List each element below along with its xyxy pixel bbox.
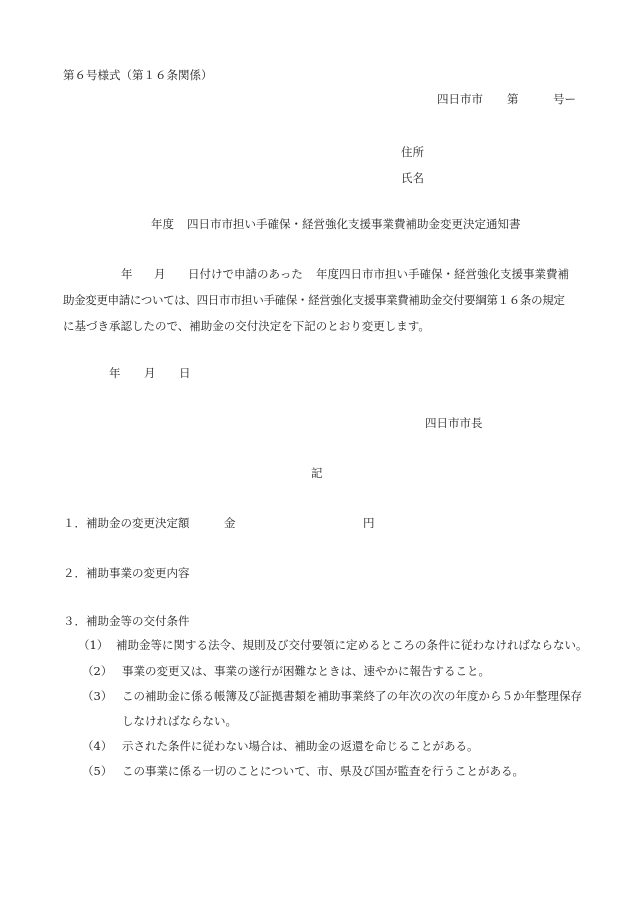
doc-number-go: 号ー bbox=[553, 92, 576, 106]
condition-1-text: 補助金等に関する法令、規則及び交付要領に定めるところの条件に従わなければならない… bbox=[116, 638, 588, 652]
item2-label: ２．補助事業の変更内容 bbox=[63, 566, 190, 580]
date-month: 月 bbox=[144, 366, 156, 380]
page-title: 四日市市担い手確保・経営強化支援事業費補助金変更決定通知書 bbox=[187, 217, 521, 231]
condition-3-number: （3） bbox=[82, 689, 112, 703]
body-line1-rest: 年度四日市市担い手確保・経営強化支援事業費補 bbox=[316, 267, 569, 281]
body-line3: に基づき承認したので、補助金の交付決定を下記のとおり変更します。 bbox=[63, 319, 430, 333]
condition-2-number: （2） bbox=[82, 664, 112, 678]
condition-5-text: この事業に係る一切のことについて、市、県及び国が監査を行うことがある。 bbox=[122, 764, 524, 778]
body-line1-year: 年 bbox=[121, 267, 133, 281]
doc-number-dai: 第 bbox=[507, 92, 519, 106]
item1-kin: 金 bbox=[224, 516, 236, 530]
mayor-signature: 四日市市長 bbox=[425, 416, 483, 430]
body-line1-month: 月 bbox=[154, 267, 166, 281]
condition-1-number: （1） bbox=[78, 638, 108, 652]
form-number: 第６号様式（第１６条関係） bbox=[63, 68, 213, 82]
body-line1-day-text: 日付けで申請のあった bbox=[188, 267, 303, 281]
item3-label: ３．補助金等の交付条件 bbox=[63, 614, 190, 628]
doc-number-city: 四日市市 bbox=[437, 92, 483, 106]
item1-label: １．補助金の変更決定額 bbox=[63, 516, 190, 530]
condition-3-text: この補助金に係る帳簿及び証拠書類を補助事業終了の年次の次の年度から５か年整理保存 bbox=[122, 689, 582, 703]
address-label: 住所 bbox=[401, 145, 424, 159]
condition-3-continuation: しなければならない。 bbox=[122, 714, 237, 728]
condition-5-number: （5） bbox=[82, 764, 112, 778]
condition-2-text: 事業の変更又は、事業の遂行が困難なときは、速やかに報告すること。 bbox=[122, 664, 490, 678]
date-year: 年 bbox=[109, 366, 121, 380]
name-label: 氏名 bbox=[401, 171, 424, 185]
title-year-label: 年度 bbox=[151, 217, 174, 231]
item1-yen: 円 bbox=[363, 516, 375, 530]
date-day: 日 bbox=[179, 366, 191, 380]
condition-4-text: 示された条件に従わない場合は、補助金の返還を命じることがある。 bbox=[122, 739, 479, 753]
ki-heading: 記 bbox=[311, 466, 323, 480]
condition-4-number: （4） bbox=[82, 739, 112, 753]
body-line2: 助金変更申請については、四日市市担い手確保・経営強化支援事業費補助金交付要綱第１… bbox=[63, 293, 565, 307]
